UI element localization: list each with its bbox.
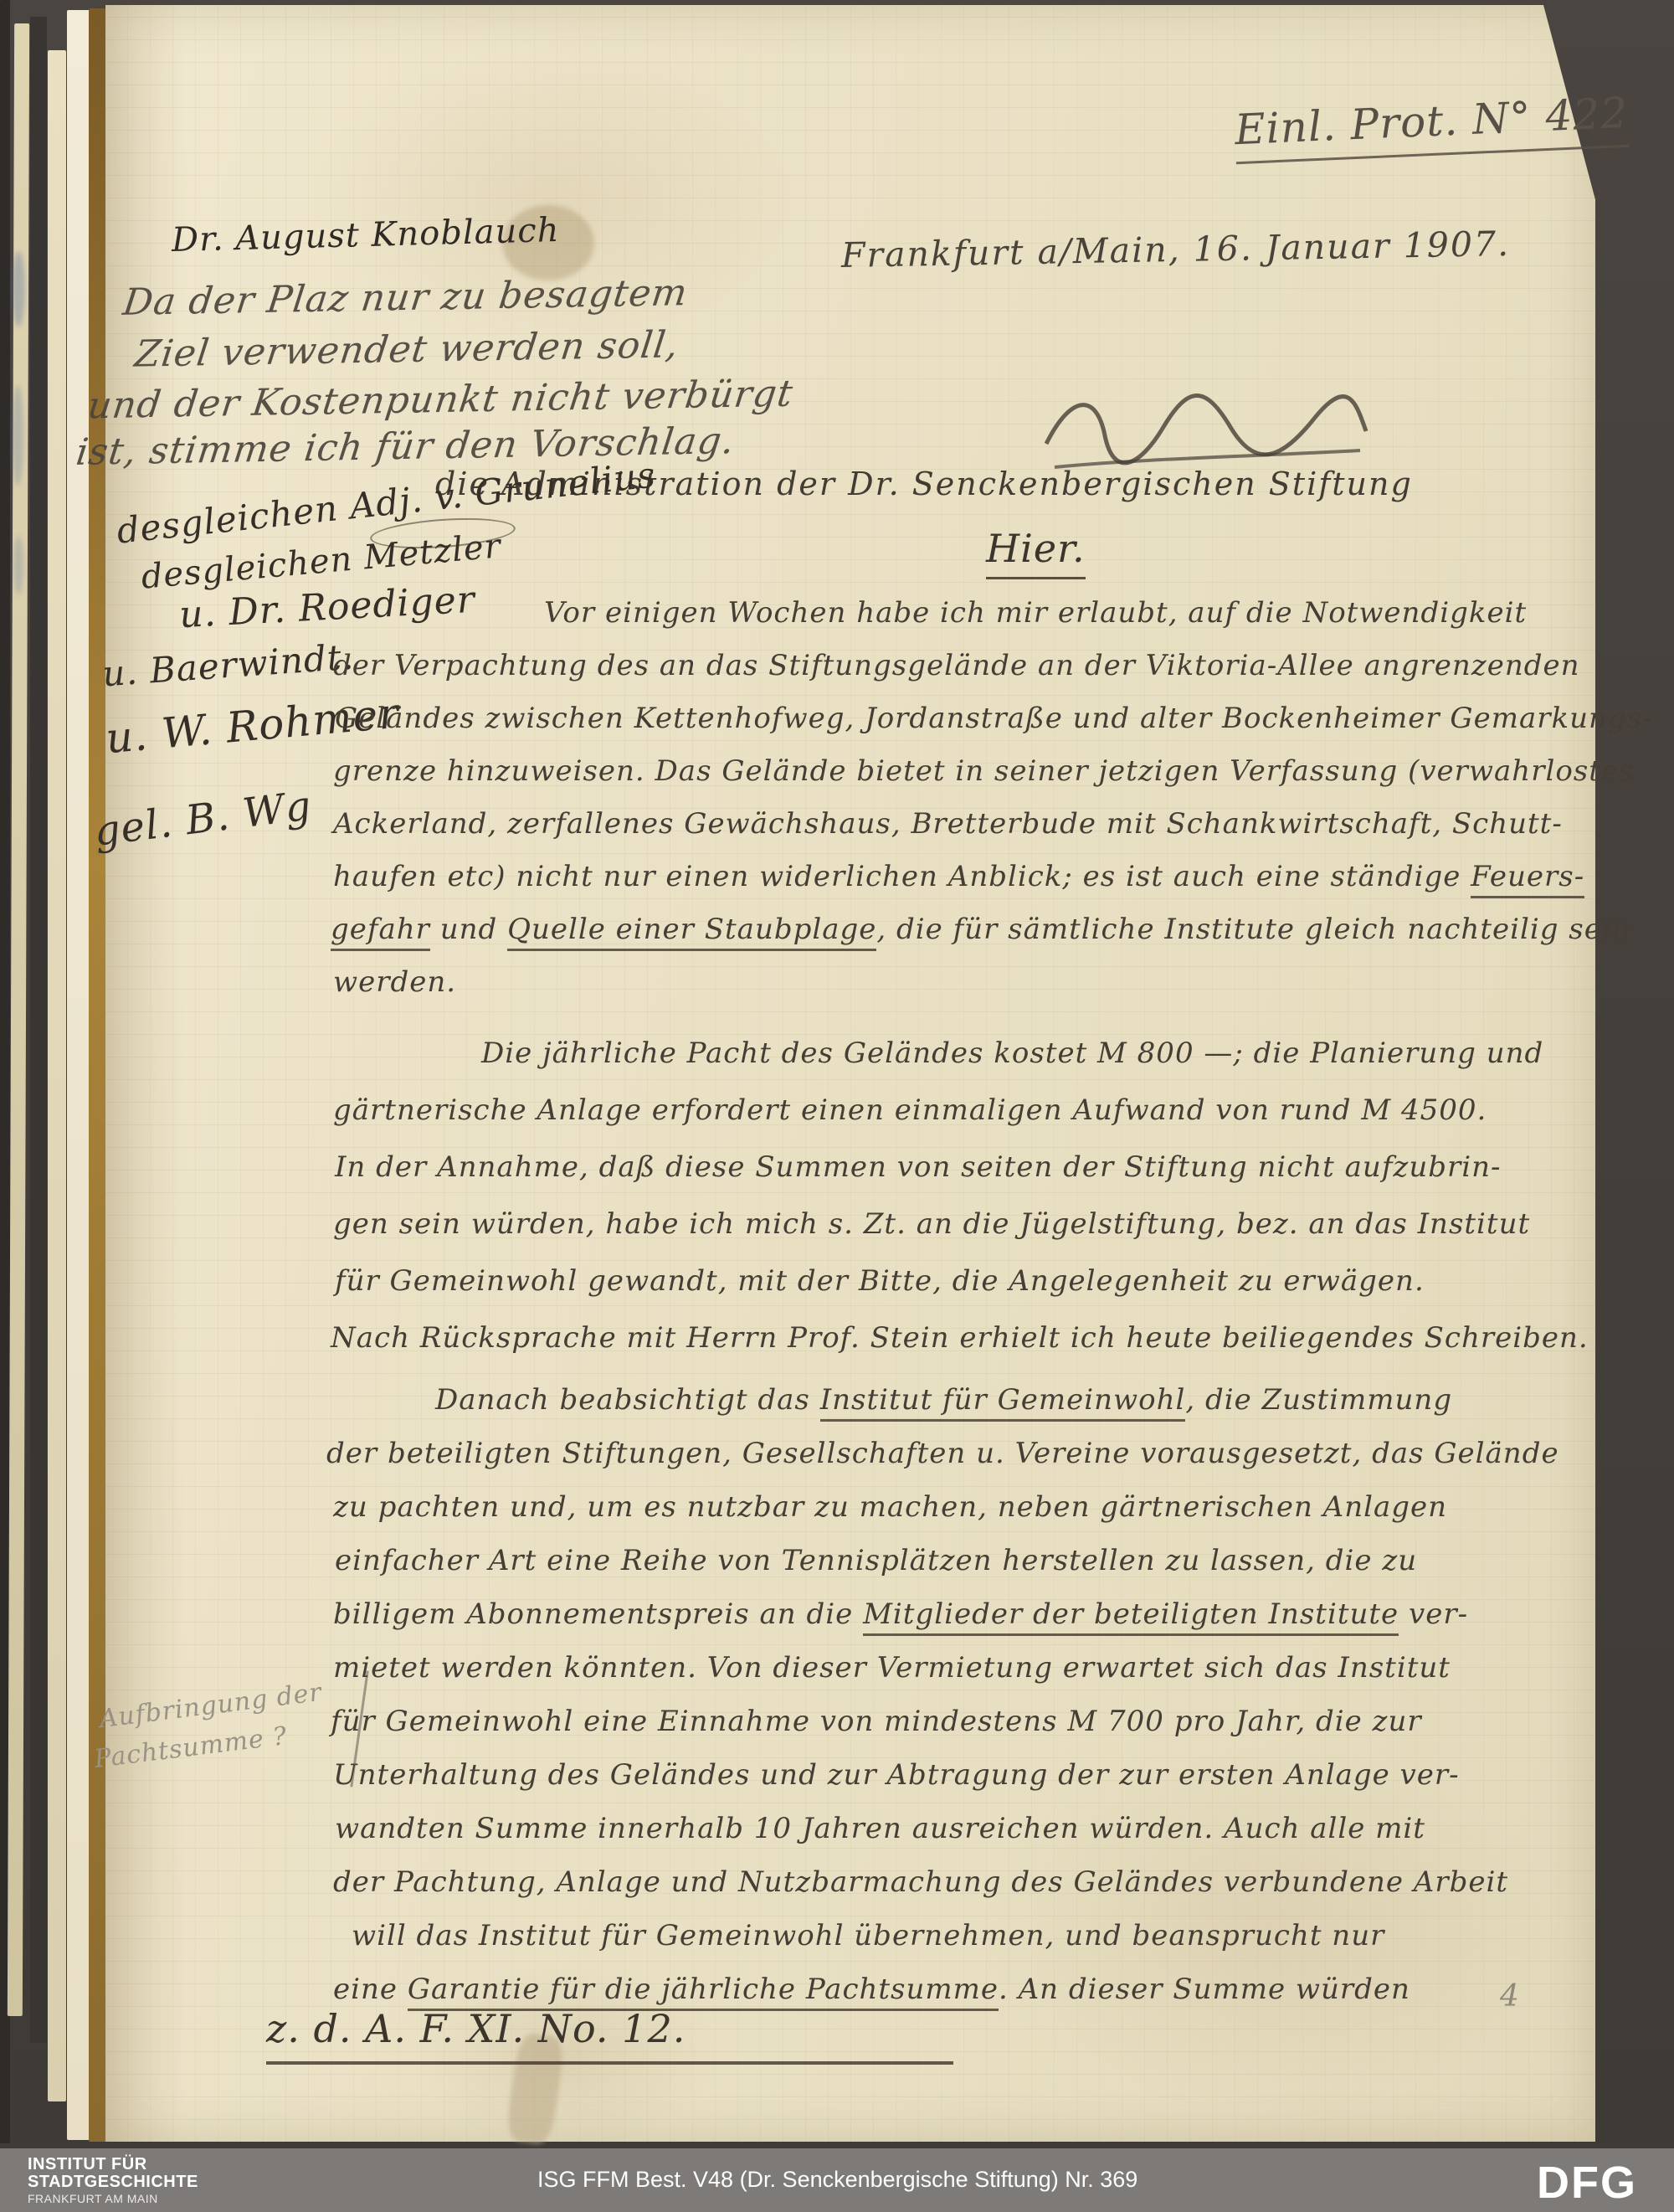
filing-reference-text: z. d. A. F. XI. No. 12.: [266, 2006, 953, 2065]
body-line: eine Garantie für die jährliche Pachtsum…: [333, 1973, 1410, 2006]
page-number-pencil: 4: [1500, 1979, 1520, 2014]
body-line: einfacher Art eine Reihe von Tennisplätz…: [335, 1544, 1417, 1577]
body-line-segment: ver-: [1399, 1597, 1468, 1631]
body-line: Nach Rücksprache mit Herrn Prof. Stein e…: [331, 1321, 1589, 1355]
institution-name-line2: STADTGESCHICHTE: [28, 2173, 198, 2192]
body-line: grenze hinzuweisen. Das Gelände bietet i…: [333, 754, 1634, 788]
body-line-segment: und: [430, 913, 507, 946]
previous-page-edge: [67, 10, 90, 2140]
body-line: billigem Abonnementspreis an die Mitglie…: [333, 1597, 1468, 1631]
body-line-segment: Danach beabsichtigt das: [435, 1383, 820, 1417]
body-line-segment: eine: [333, 1973, 408, 2006]
archive-scan-viewer: Einl. Prot. N° 422 Dr. August Knoblauch …: [0, 0, 1674, 2212]
body-line: zu pachten und, um es nutzbar zu machen,…: [333, 1490, 1447, 1524]
body-line: gefahr und Quelle einer Staubplage, die …: [331, 913, 1631, 946]
body-line-segment: haufen etc) nicht nur einen widerlichen …: [333, 860, 1471, 893]
underlined-phrase: Institut für Gemeinwohl: [820, 1383, 1186, 1422]
body-line: Geländes zwischen Kettenhofweg, Jordanst…: [335, 702, 1653, 735]
body-line: werden.: [333, 965, 456, 999]
page-stack-edge: [48, 50, 66, 2101]
body-line: Unterhaltung des Geländes und zur Abtrag…: [333, 1758, 1460, 1792]
body-line: der Verpachtung des an das Stiftungsgelä…: [333, 649, 1580, 682]
body-line: will das Institut für Gemeinwohl überneh…: [352, 1919, 1384, 1952]
viewer-footer-bar: INSTITUT FÜR STADTGESCHICHTE FRANKFURT A…: [0, 2148, 1674, 2212]
underlined-phrase: Mitglieder der beteiligten Institute: [863, 1597, 1399, 1636]
ink-bleed-mark: [12, 251, 25, 327]
dfg-logo: DFG: [1537, 2157, 1637, 2209]
recipient-city: Hier.: [986, 526, 1086, 571]
underlined-phrase: Quelle einer Staubplage: [507, 913, 876, 951]
institution-name-line1: INSTITUT FÜR: [28, 2155, 147, 2174]
underlined-phrase: gefahr: [331, 913, 430, 951]
body-line: mietet werden könnten. Von dieser Vermie…: [333, 1651, 1451, 1685]
body-line: für Gemeinwohl eine Einnahme von mindest…: [331, 1705, 1422, 1738]
body-line: Ackerland, zerfallenes Gewächshaus, Bret…: [333, 807, 1563, 841]
body-line-segment: . An dieser Summe würden: [999, 1973, 1410, 2006]
body-line-segment: , die Zustimmung: [1185, 1383, 1452, 1417]
body-line: wandten Summe innerhalb 10 Jahren ausrei…: [335, 1812, 1425, 1845]
institution-name-line3: FRANKFURT AM MAIN: [28, 2192, 158, 2205]
body-line: Die jährliche Pacht des Geländes kostet …: [481, 1037, 1543, 1070]
underlined-phrase: Feuers-: [1471, 860, 1584, 898]
gilt-page-edge: [89, 8, 107, 2142]
ink-bleed-mark: [13, 536, 23, 594]
body-line: haufen etc) nicht nur einen widerlichen …: [333, 860, 1584, 893]
body-line: Danach beabsichtigt das Institut für Gem…: [435, 1383, 1452, 1417]
recipient-city-text: Hier.: [986, 526, 1086, 579]
ink-bleed-mark: [12, 385, 23, 486]
page-crease: [105, 5, 206, 2142]
body-line: Vor einigen Wochen habe ich mir erlaubt,…: [544, 596, 1527, 630]
body-line: für Gemeinwohl gewandt, mit der Bitte, d…: [335, 1264, 1425, 1298]
body-line: der Pachtung, Anlage und Nutzbarmachung …: [333, 1865, 1508, 1899]
body-line: In der Annahme, daß diese Summen von sei…: [335, 1150, 1502, 1184]
body-line-segment: billigem Abonnementspreis an die: [333, 1597, 863, 1631]
body-line: der beteiligten Stiftungen, Gesellschaft…: [326, 1437, 1559, 1470]
body-line: gen sein würden, habe ich mich s. Zt. an…: [333, 1207, 1530, 1241]
filing-reference: z. d. A. F. XI. No. 12.: [266, 2006, 953, 2051]
body-line: gärtnerische Anlage erfordert einen einm…: [333, 1093, 1487, 1127]
body-line-segment: , die für sämtliche Institute gleich nac…: [876, 913, 1630, 946]
archive-reference: ISG FFM Best. V48 (Dr. Senckenbergische …: [537, 2167, 1137, 2193]
binding-gap: [30, 17, 47, 2043]
